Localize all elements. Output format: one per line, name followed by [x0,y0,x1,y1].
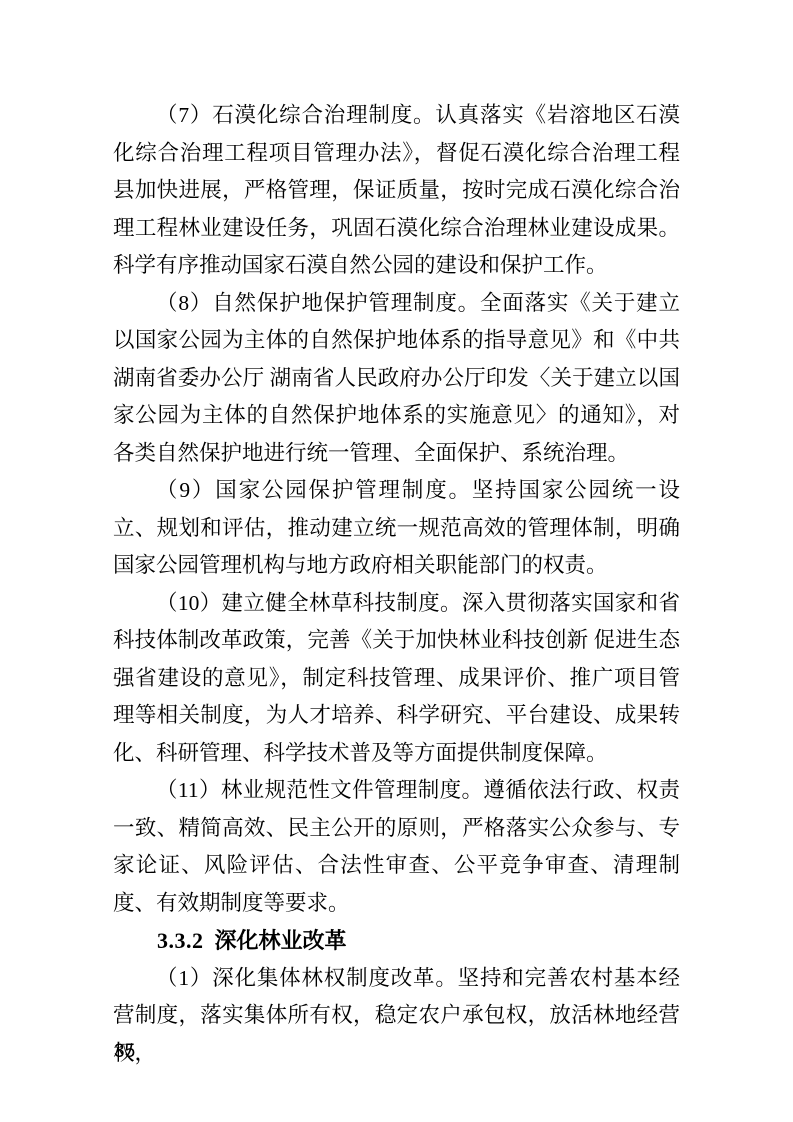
heading-title: 深化林业改革 [215,928,347,953]
paragraph: （8）自然保护地保护管理制度。全面落实《关于建立以国家公园为主体的自然保护地体系… [113,285,680,473]
section-heading: 3.3.2深化林业改革 [113,922,680,960]
paragraph: （9）国家公园保护管理制度。坚持国家公园统一设立、规划和评估，推动建立统一规范高… [113,472,680,585]
paragraph: （10）建立健全林草科技制度。深入贯彻落实国家和省科技体制改革政策，完善《关于加… [113,585,680,773]
paragraph: （11）林业规范性文件管理制度。遵循依法行政、权责一致、精简高效、民主公开的原则… [113,772,680,922]
heading-number: 3.3.2 [157,928,204,953]
page-number: 35 [114,1040,135,1064]
paragraph: （1）深化集体林权制度改革。坚持和完善农村基本经营制度，落实集体所有权，稳定农户… [113,960,680,1073]
document-content: （7）石漠化综合治理制度。认真落实《岩溶地区石漠化综合治理工程项目管理办法》，督… [113,97,680,1072]
document-page: （7）石漠化综合治理制度。认真落实《岩溶地区石漠化综合治理工程项目管理办法》，督… [0,0,793,1122]
paragraph: （7）石漠化综合治理制度。认真落实《岩溶地区石漠化综合治理工程项目管理办法》，督… [113,97,680,285]
